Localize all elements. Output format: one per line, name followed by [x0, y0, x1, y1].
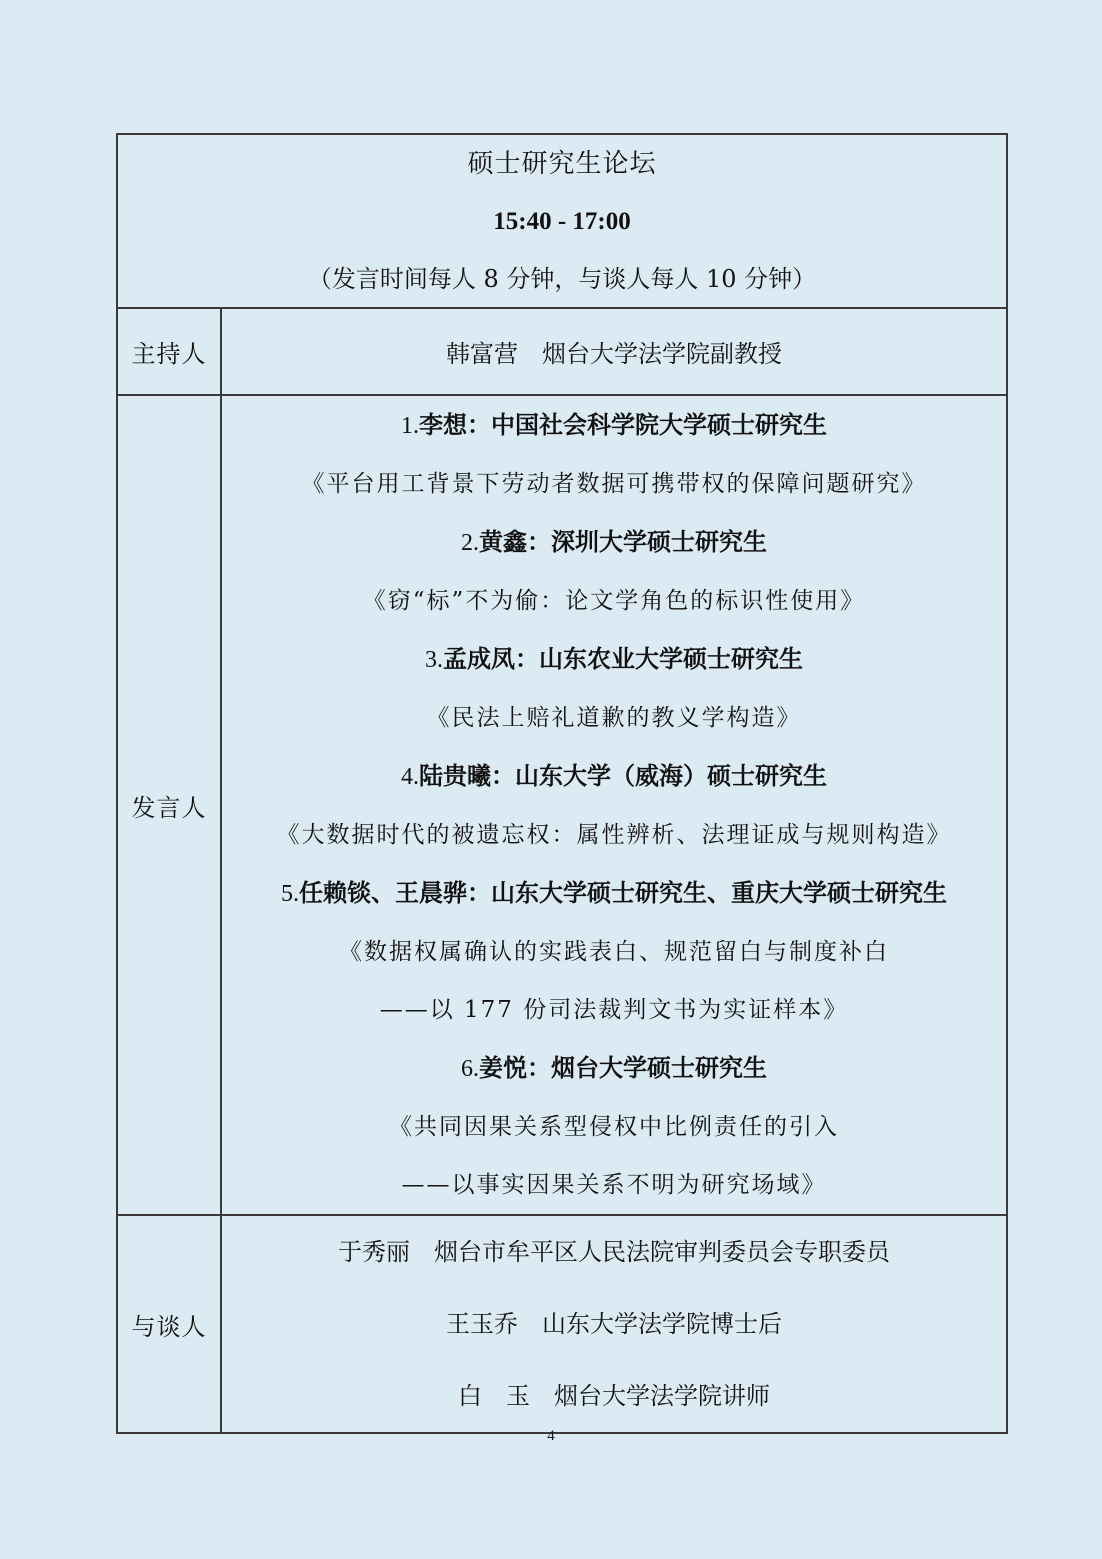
- paper-subtitle: ——以 177 份司法裁判文书为实证样本》: [222, 981, 1006, 1039]
- header-row: 硕士研究生论坛 15:40 - 17:00 （发言时间每人 8 分钟，与谈人每人…: [117, 134, 1007, 308]
- host-row: 主持人 韩富营 烟台大学法学院副教授: [117, 308, 1007, 395]
- paper-title: 《平台用工背景下劳动者数据可携带权的保障问题研究》: [222, 455, 1006, 513]
- forum-title: 硕士研究生论坛: [118, 135, 1006, 193]
- speaker-name: 4.陆贵曦：山东大学（威海）硕士研究生: [222, 747, 1006, 806]
- paper-title: 《大数据时代的被遗忘权：属性辨析、法理证成与规则构造》: [222, 806, 1006, 864]
- speaker-name: 6.姜悦：烟台大学硕士研究生: [222, 1039, 1006, 1098]
- speaker-name: 1.李想：中国社会科学院大学硕士研究生: [222, 396, 1006, 455]
- paper-title: 《窃“标”不为偷：论文学角色的标识性使用》: [222, 572, 1006, 630]
- speakers-cell: 1.李想：中国社会科学院大学硕士研究生 《平台用工背景下劳动者数据可携带权的保障…: [221, 395, 1007, 1215]
- discussant-item: 于秀丽 烟台市牟平区人民法院审判委员会专职委员: [222, 1216, 1006, 1288]
- speakers-row: 发言人 1.李想：中国社会科学院大学硕士研究生 《平台用工背景下劳动者数据可携带…: [117, 395, 1007, 1215]
- speaker-name: 3.孟成凤：山东农业大学硕士研究生: [222, 630, 1006, 689]
- speaker-name: 5.任赖锬、王晨骅：山东大学硕士研究生、重庆大学硕士研究生: [222, 864, 1006, 923]
- speakers-label: 发言人: [117, 395, 221, 1215]
- speaker-name: 2.黄鑫：深圳大学硕士研究生: [222, 513, 1006, 572]
- discussant-item: 白 玉 烟台大学法学院讲师: [222, 1360, 1006, 1432]
- discussant-item: 王玉乔 山东大学法学院博士后: [222, 1288, 1006, 1360]
- paper-title: 《共同因果关系型侵权中比例责任的引入: [222, 1098, 1006, 1156]
- paper-subtitle: ——以事实因果关系不明为研究场域》: [222, 1156, 1006, 1214]
- paper-title: 《数据权属确认的实践表白、规范留白与制度补白: [222, 923, 1006, 981]
- forum-time: 15:40 - 17:00: [118, 193, 1006, 251]
- header-cell: 硕士研究生论坛 15:40 - 17:00 （发言时间每人 8 分钟，与谈人每人…: [117, 134, 1007, 308]
- discussants-label: 与谈人: [117, 1215, 221, 1433]
- discussants-cell: 于秀丽 烟台市牟平区人民法院审判委员会专职委员 王玉乔 山东大学法学院博士后 白…: [221, 1215, 1007, 1433]
- host-cell: 韩富营 烟台大学法学院副教授: [221, 308, 1007, 395]
- host-label: 主持人: [117, 308, 221, 395]
- speaker-item: 3.孟成凤：山东农业大学硕士研究生 《民法上赔礼道歉的教义学构造》: [222, 630, 1006, 747]
- host-name: 韩富营 烟台大学法学院副教授: [446, 340, 782, 368]
- speaker-item: 4.陆贵曦：山东大学（威海）硕士研究生 《大数据时代的被遗忘权：属性辨析、法理证…: [222, 747, 1006, 864]
- speaker-item: 1.李想：中国社会科学院大学硕士研究生 《平台用工背景下劳动者数据可携带权的保障…: [222, 396, 1006, 513]
- forum-schedule-table: 硕士研究生论坛 15:40 - 17:00 （发言时间每人 8 分钟，与谈人每人…: [116, 133, 1008, 1434]
- paper-title: 《民法上赔礼道歉的教义学构造》: [222, 689, 1006, 747]
- speaker-item: 5.任赖锬、王晨骅：山东大学硕士研究生、重庆大学硕士研究生 《数据权属确认的实践…: [222, 864, 1006, 1039]
- forum-time-note: （发言时间每人 8 分钟，与谈人每人 10 分钟）: [118, 251, 1006, 307]
- speaker-item: 6.姜悦：烟台大学硕士研究生 《共同因果关系型侵权中比例责任的引入 ——以事实因…: [222, 1039, 1006, 1214]
- page-number: 4: [0, 1428, 1102, 1445]
- speaker-item: 2.黄鑫：深圳大学硕士研究生 《窃“标”不为偷：论文学角色的标识性使用》: [222, 513, 1006, 630]
- discussants-row: 与谈人 于秀丽 烟台市牟平区人民法院审判委员会专职委员 王玉乔 山东大学法学院博…: [117, 1215, 1007, 1433]
